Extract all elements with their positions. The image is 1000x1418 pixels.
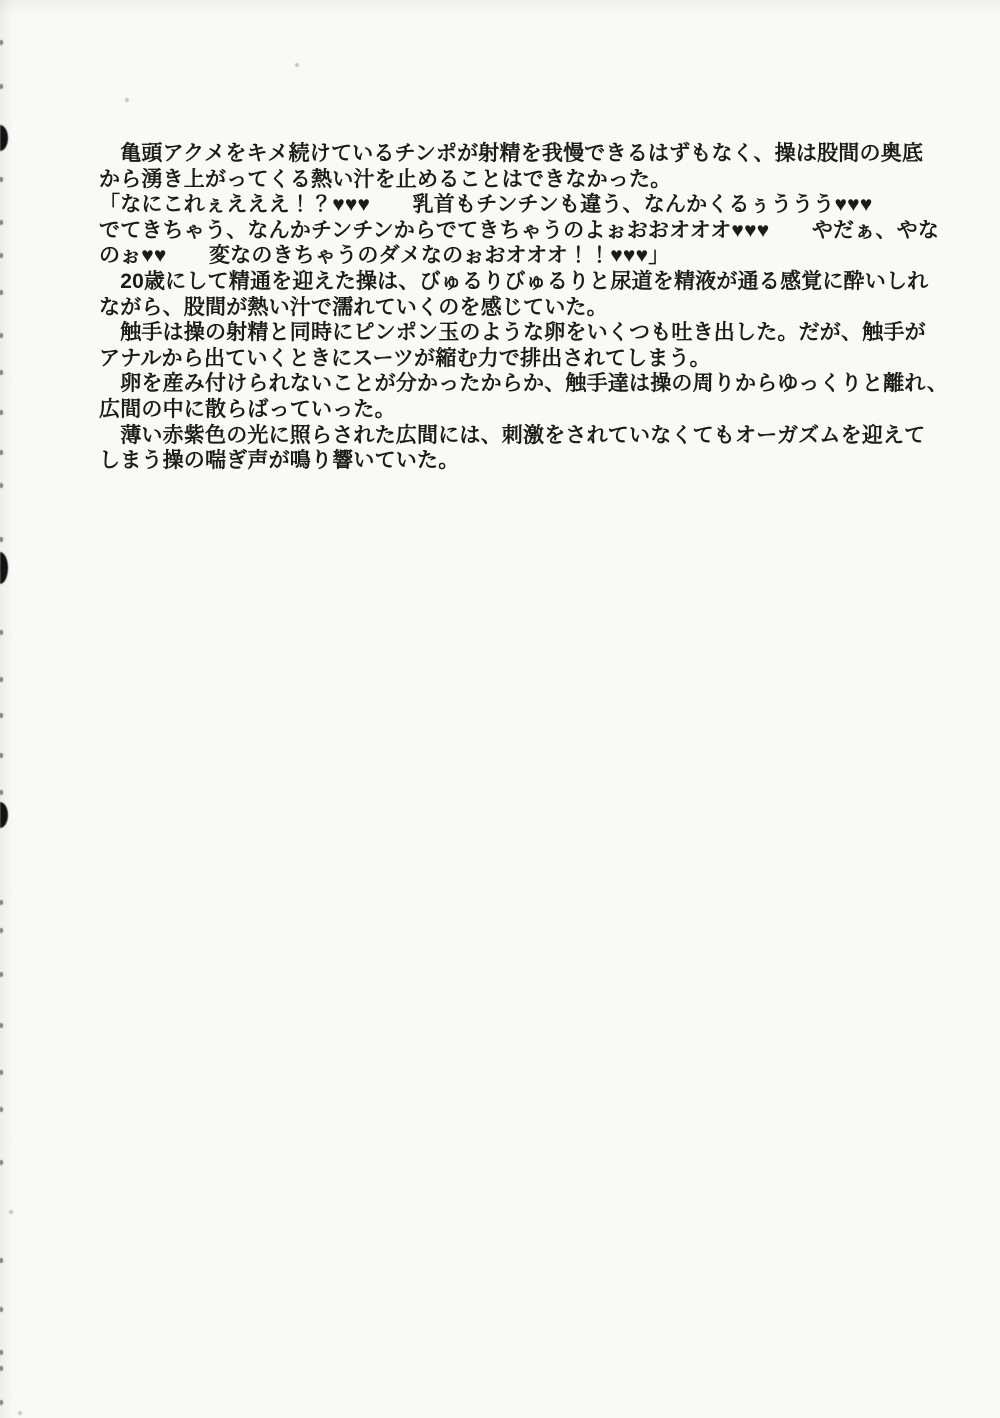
text-line: 薄い赤紫色の光に照らされた広間には、刺激をされていなくてもオーガズムを迎えて [99, 423, 959, 449]
scan-edge-tick [0, 220, 3, 225]
scan-edge-tick [0, 790, 3, 795]
text-line: 卵を産み付けられないことが分かったからか、触手達は操の周りからゆっくりと離れ、 [99, 371, 959, 397]
scan-edge-tick [0, 450, 3, 455]
scan-edge-tick [0, 1350, 3, 1355]
scanned-page: 亀頭アクメをキメ続けているチンポが射精を我慢できるはずもなく、操は股間の奥底から… [0, 0, 1000, 1418]
text-line: アナルから出ていくときにスーツが縮む力で排出されてしまう。 [99, 346, 959, 372]
scan-edge-tick [0, 1070, 3, 1075]
scan-speck [125, 98, 129, 102]
text-line: 亀頭アクメをキメ続けているチンポが射精を我慢できるはずもなく、操は股間の奥底 [99, 141, 959, 167]
scan-edge-tick [0, 1258, 3, 1263]
text-line: 20歳にして精通を迎えた操は、びゅるりびゅるりと尿道を精液が通る感覚に酔いしれ [99, 269, 959, 295]
scan-edge-tick [0, 370, 3, 375]
scan-edge-tick [0, 1107, 3, 1112]
scan-edge-tick [0, 1160, 3, 1165]
text-line: でてきちゃう、なんかチンチンからでてきちゃうのよぉおおオオオ♥♥♥ やだぁ、やな [99, 218, 959, 244]
scan-edge-tick [0, 84, 3, 89]
text-line: しまう操の喘ぎ声が鳴り響いていた。 [99, 448, 959, 474]
scan-edge-tick [0, 537, 3, 542]
body-text: 亀頭アクメをキメ続けているチンポが射精を我慢できるはずもなく、操は股間の奥底から… [99, 141, 959, 474]
scan-edge-tick [0, 177, 3, 182]
scan-edge-tick [0, 677, 3, 682]
scan-edge-tick [0, 753, 3, 758]
scan-edge-tick [0, 40, 3, 45]
text-line: 広間の中に散らばっていった。 [99, 397, 959, 423]
scan-top-shade [0, 0, 1000, 14]
text-line: 触手は操の射精と同時にピンポン玉のような卵をいくつも吐き出した。だが、触手が [99, 320, 959, 346]
scan-speck [295, 63, 299, 67]
scan-edge-tick [0, 972, 3, 977]
scan-speck [18, 1411, 22, 1415]
text-line: 「なにこれぇえええ！？♥♥♥ 乳首もチンチンも違う、なんかくるぅううう♥♥♥ [99, 192, 959, 218]
scan-edge-tick [0, 928, 3, 933]
text-line: から湧き上がってくる熱い汁を止めることはできなかった。 [99, 167, 959, 193]
scan-edge-tick [0, 333, 3, 338]
scan-edge-tick [0, 900, 3, 905]
scan-edge-tick [0, 290, 3, 295]
text-line: ながら、股間が熱い汁で濡れていくのを感じていた。 [99, 295, 959, 321]
scan-edge-tick [0, 713, 3, 718]
scan-edge-tick [0, 1366, 3, 1371]
scan-edge-tick [0, 1023, 3, 1028]
scan-binding-edge [0, 0, 14, 1418]
scan-speck [9, 1210, 13, 1214]
scan-edge-tick [0, 630, 3, 635]
scan-edge-tick [0, 1400, 3, 1405]
scan-edge-tick [0, 410, 3, 415]
scan-edge-tick [0, 1307, 3, 1312]
text-line: のぉ♥♥ 変なのきちゃうのダメなのぉおオオオ！！♥♥♥」 [99, 243, 959, 269]
scan-edge-tick [0, 483, 3, 488]
scan-edge-tick [0, 253, 3, 258]
